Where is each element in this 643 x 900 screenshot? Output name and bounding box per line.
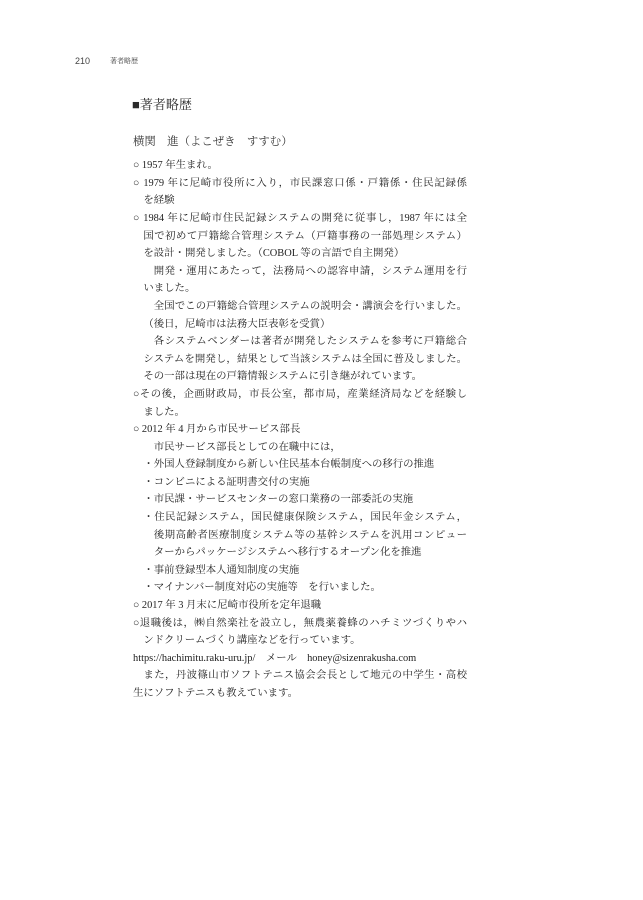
bio-line: 市民サービス部長としての在職中には， (133, 439, 467, 457)
contact-line: https://hachimitu.raku-uru.jp/ メール honey… (133, 650, 467, 668)
bio-line: 生にソフトテニスも教えています。 (133, 685, 467, 703)
bio-line: を経験 (133, 192, 467, 210)
bio-line: ○退職後は，㈱自然楽社を設立し，無農薬養蜂のハチミツづくりやハ (133, 615, 467, 633)
bio-line: 後期高齢者医療制度システム等の基幹システムを汎用コンピュー (133, 527, 467, 545)
bio-bullet-item: ・コンビニによる証明書交付の実施 (133, 474, 467, 492)
bio-bullet-item: ・事前登録型本人通知制度の実施 (133, 562, 467, 580)
bio-bullet-item: ・市民課・サービスセンターの窓口業務の一部委託の実施 (133, 491, 467, 509)
bio-line: ○ 1984 年に尼崎市住民記録システムの開発に従事し，1987 年には全 (133, 210, 467, 228)
bio-line: また，丹波篠山市ソフトテニス協会会長として地元の中学生・高校 (133, 667, 467, 685)
bio-line: 各システムベンダーは著者が開発したシステムを参考に戸籍総合 (133, 333, 467, 351)
book-page: 210 著者略歴 ■著者略歴 横関 進（よこぜき すすむ） ○ 1957 年生ま… (0, 0, 643, 900)
bio-line: ○ 2012 年 4 月から市民サービス部長 (133, 421, 467, 439)
bio-line: 国で初めて戸籍総合管理システム（戸籍事務の一部処理システム） (133, 228, 467, 246)
bio-line: ○ 1979 年に尼崎市役所に入り，市民課窓口係・戸籍係・住民記録係 (133, 175, 467, 193)
bio-bullet-item: ・住民記録システム，国民健康保険システム，国民年金システム， (133, 509, 467, 527)
bio-line: ました。 (133, 404, 467, 422)
bio-line: 開発・運用にあたって，法務局への認容申請，システム運用を行 (133, 263, 467, 281)
bio-line: その一部は現在の戸籍情報システムに引き継がれています。 (133, 368, 467, 386)
bio-line: を設計・開発しました。（COBOL 等の言語で自主開発） (133, 245, 467, 263)
section-title: ■著者略歴 (132, 97, 192, 113)
bio-line: システムを開発し，結果として当該システムは全国に普及しました。 (133, 351, 467, 369)
bio-bullet-item: ・外国人登録制度から新しい住民基本台帳制度への移行の推進 (133, 456, 467, 474)
bio-line: ○ 1957 年生まれ。 (133, 157, 467, 175)
bio-line: ○ 2017 年 3 月末に尼崎市役所を定年退職 (133, 597, 467, 615)
biography-body: ○ 1957 年生まれ。 ○ 1979 年に尼崎市役所に入り，市民課窓口係・戸籍… (133, 157, 467, 702)
running-header-title: 著者略歴 (110, 57, 138, 66)
bio-line: 全国でこの戸籍総合管理システムの説明会・講演会を行いました。 (133, 298, 467, 316)
bio-line: ○その後，企画財政局，市長公室，都市局，産業経済局などを経験し (133, 386, 467, 404)
bio-line: いました。 (133, 280, 467, 298)
bio-line: ターからパッケージシステムへ移行するオープン化を推進 (133, 544, 467, 562)
author-name: 横関 進（よこぜき すすむ） (133, 134, 293, 150)
page-number: 210 (75, 55, 90, 67)
bio-line: （後日，尼崎市は法務大臣表彰を受賞） (133, 316, 467, 334)
bio-bullet-item: ・マイナンバー制度対応の実施等 を行いました。 (133, 579, 467, 597)
bio-line: ンドクリームづくり講座などを行っています。 (133, 632, 467, 650)
